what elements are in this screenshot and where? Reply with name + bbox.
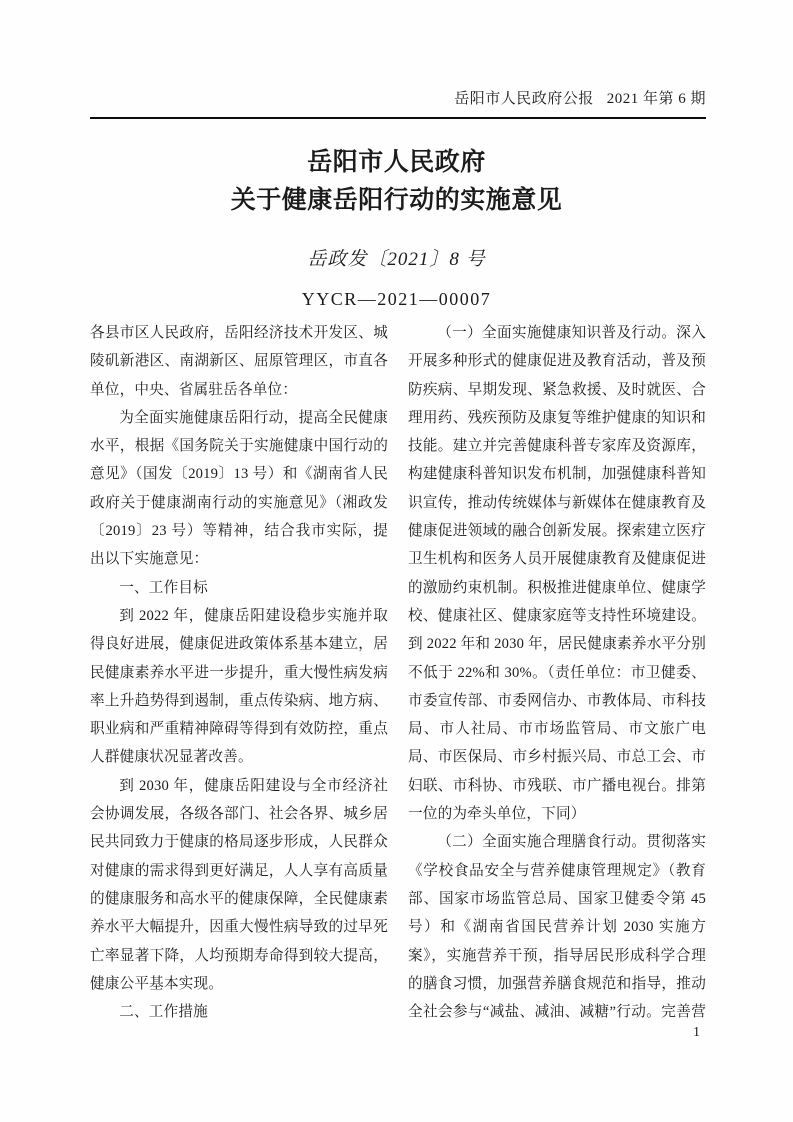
page-header: 岳阳市人民政府公报2021 年第 6 期	[90, 89, 706, 119]
goal-2030-paragraph: 到 2030 年，健康岳阳建设与全市经济社会协调发展，各级各部门、社会各界、城乡…	[90, 772, 388, 998]
body-columns: 各县市区人民政府，岳阳经济技术开发区、城陵矶新港区、南湖新区、屈原管理区，市直各…	[90, 319, 706, 1023]
salutation-paragraph: 各县市区人民政府，岳阳经济技术开发区、城陵矶新港区、南湖新区、屈原管理区，市直各…	[90, 319, 388, 404]
section-heading-1: 一、工作目标	[90, 574, 388, 602]
goal-2022-paragraph: 到 2022 年，健康岳阳建设稳步实施并取得良好进展，健康促进政策体系基本建立，…	[90, 602, 388, 772]
section-heading-2: 二、工作措施	[90, 998, 388, 1023]
gazette-title: 岳阳市人民政府公报	[454, 91, 594, 107]
title-block: 岳阳市人民政府 关于健康岳阳行动的实施意见 岳政发〔2021〕8 号 YYCR—…	[0, 144, 793, 310]
document-title-line2: 关于健康岳阳行动的实施意见	[0, 182, 793, 220]
preamble-paragraph: 为全面实施健康岳阳行动，提高全民健康水平，根据《国务院关于实施健康中国行动的意见…	[90, 404, 388, 574]
issue-info: 2021 年第 6 期	[607, 91, 706, 107]
gazette-page: 岳阳市人民政府公报2021 年第 6 期 岳阳市人民政府 关于健康岳阳行动的实施…	[0, 0, 793, 1122]
right-column: （一）全面实施健康知识普及行动。深入开展多种形式的健康促进及教育活动，普及预防疾…	[408, 319, 706, 1023]
document-number: 岳政发〔2021〕8 号	[0, 244, 793, 271]
left-column: 各县市区人民政府，岳阳经济技术开发区、城陵矶新港区、南湖新区、屈原管理区，市直各…	[90, 319, 388, 1023]
index-number: YYCR—2021—00007	[0, 289, 793, 310]
measure-1-paragraph: （一）全面实施健康知识普及行动。深入开展多种形式的健康促进及教育活动，普及预防疾…	[408, 319, 706, 828]
page-number: 1	[0, 1025, 700, 1041]
document-title-line1: 岳阳市人民政府	[0, 144, 793, 182]
measure-2-paragraph: （二）全面实施合理膳食行动。贯彻落实《学校食品安全与营养健康管理规定》（教育部、…	[408, 828, 706, 1023]
